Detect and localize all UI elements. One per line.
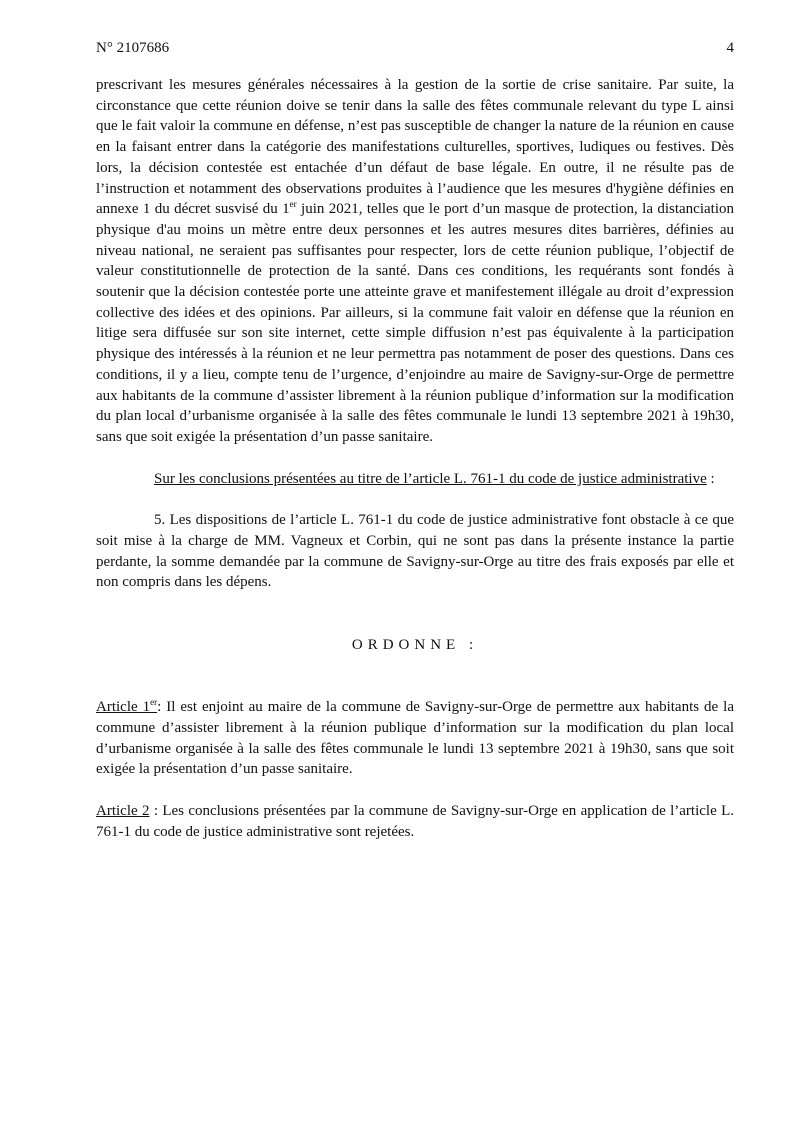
article-1-label: Article 1er (96, 699, 157, 715)
paragraph-5: 5. Les dispositions de l’article L. 761-… (96, 510, 734, 593)
paragraph-continued: prescrivant les mesures générales nécess… (96, 75, 734, 448)
case-number: N° 2107686 (96, 38, 169, 58)
page-number: 4 (727, 38, 735, 58)
article-2-label: Article 2 (96, 803, 149, 819)
article-2: Article 2 : Les conclusions présentées p… (96, 801, 734, 842)
section-heading: Sur les conclusions présentées au titre … (96, 469, 734, 490)
ordonne-title: ORDONNE : (96, 635, 734, 655)
document-page: N° 2107686 4 prescrivant les mesures gén… (96, 38, 734, 842)
article-1: Article 1er: Il est enjoint au maire de … (96, 697, 734, 780)
page-header: N° 2107686 4 (96, 38, 734, 58)
